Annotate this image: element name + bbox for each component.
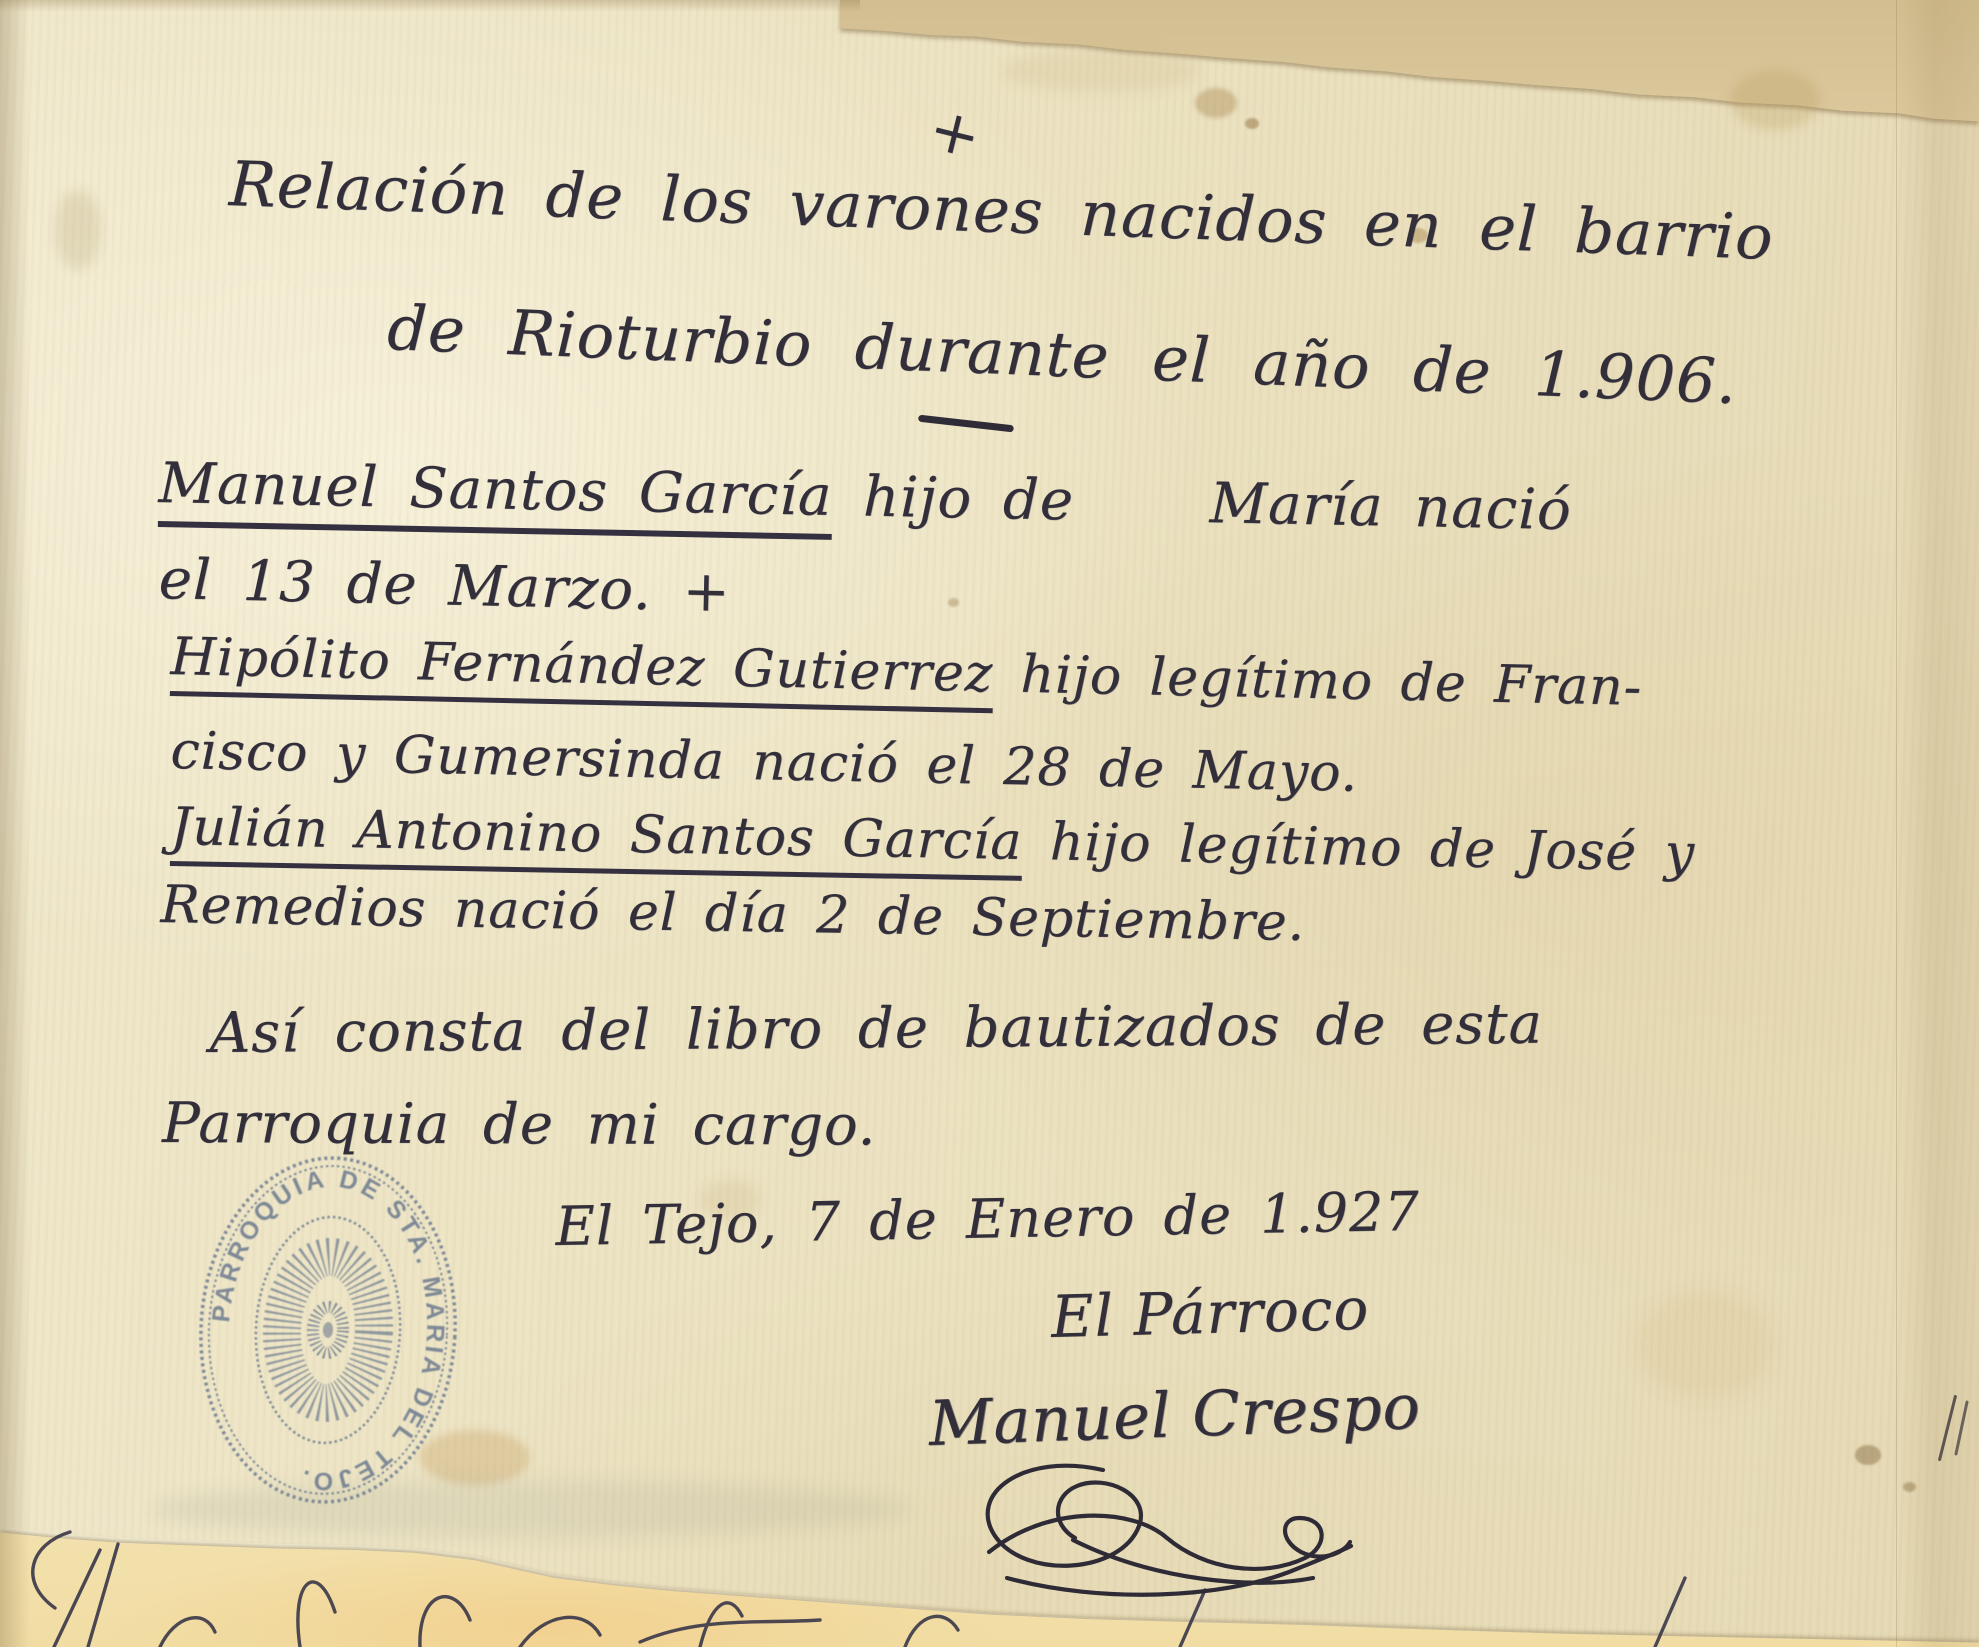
separator-stroke <box>918 415 1014 433</box>
under-page-writing-strokes <box>0 1520 1800 1647</box>
entry-2-text: hijo legítimo de Fran- <box>1020 645 1643 718</box>
left-edge-shading <box>0 0 30 1647</box>
entry-2-name-underlined: Hipólito Fernández Gutierrez <box>170 627 994 713</box>
entry-1-line-1: Manuel Santos García hijo de María nació <box>158 452 1572 544</box>
top-edge-shading <box>0 0 860 12</box>
parish-stamp: PARROQUIA DE STA. MARIA DEL TEJO. <box>187 1145 471 1514</box>
right-edge-shading <box>1896 0 1979 1647</box>
entry-1-name-underlined: Manuel Santos García <box>158 451 833 540</box>
title-line-2: de Rioturbio durante el año de 1.906. <box>386 292 1739 417</box>
dateline: El Tejo, 7 de Enero de 1.927 <box>555 1181 1420 1258</box>
entry-2-line-2: cisco y Gumersinda nació el 28 de Mayo. <box>170 722 1359 805</box>
paper-stain <box>55 190 101 270</box>
entry-1-mother: María nació <box>1209 471 1572 543</box>
paper-stain <box>1855 1445 1881 1465</box>
entry-1-text: hijo de <box>863 465 1075 534</box>
signature-name: Manuel Crespo <box>928 1371 1422 1459</box>
under-page-corner <box>840 0 1979 135</box>
entry-1-line-2: el 13 de Marzo. + <box>158 548 731 625</box>
attestation-line-1: Así consta del libro de bautizados de es… <box>210 993 1544 1067</box>
torn-edge-top-right <box>840 0 1979 135</box>
paper-stain <box>948 598 959 607</box>
scanned-parish-document: + Relación de los varones nacidos en el … <box>0 0 1979 1647</box>
entry-3-name-underlined: Julián Antonino Santos García <box>170 797 1023 881</box>
entry-3-text: hijo legítimo de José y <box>1049 812 1695 883</box>
title-line-1: Relación de los varones nacidos en el ba… <box>228 148 1775 273</box>
signer-title: El Párroco <box>1050 1276 1370 1351</box>
entry-3-line-2: Remedios nació el día 2 de Septiembre. <box>160 876 1306 954</box>
signature-flourish <box>948 1460 1358 1610</box>
stamp-core <box>323 1322 334 1339</box>
entry-3-line-1: Julián Antonino Santos García hijo legít… <box>170 798 1696 884</box>
entry-2-line-1: Hipólito Fernández Gutierrez hijo legíti… <box>170 628 1643 719</box>
paper-stain <box>1635 1290 1775 1400</box>
